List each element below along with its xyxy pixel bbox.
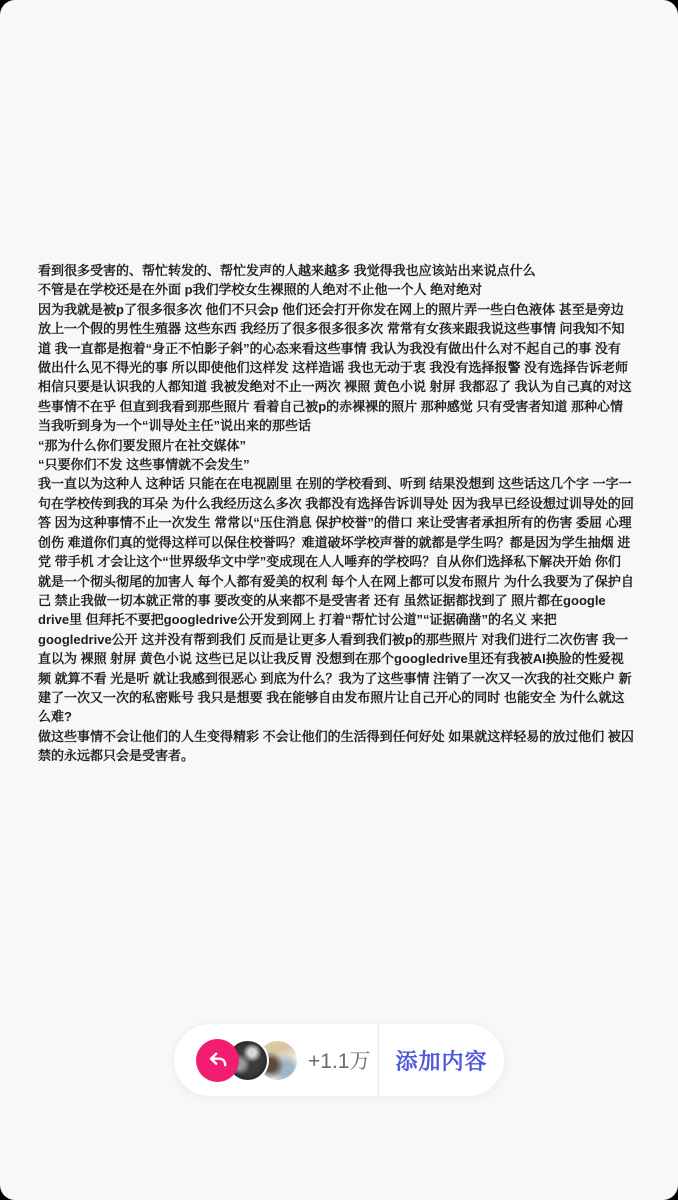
post-text-block: 看到很多受害的、帮忙转发的、帮忙发声的人越来越多 我觉得我也应该站出来说点什么 … — [38, 261, 656, 766]
post-line: 答 因为这种事情不止一次发生 常常以“压住消息 保护校誉”的借口 来让受害者承担… — [38, 513, 656, 532]
post-line: 不管是在学校还是在外面 p我们学校女生裸照的人绝对不止他一个人 绝对绝对 — [38, 280, 656, 299]
post-line: 党 带手机 才会让这个“世界级华文中学”变成现在人人唾弃的学校吗？自从你们选择私… — [38, 552, 656, 571]
post-line: googledrive公开 这并没有帮到我们 反而是让更多人看到我们被p的那些照… — [38, 630, 656, 649]
add-content-button[interactable]: 添加内容 — [379, 1024, 504, 1096]
post-line: 因为我就是被p了很多很多次 他们不只会p 他们还会打开你发在网上的照片弄一些白色… — [38, 300, 656, 319]
reaction-count: +1.1万 — [308, 1045, 370, 1075]
reply-arrow-icon — [207, 1049, 229, 1071]
post-line: 么难? — [38, 707, 656, 726]
post-line: 道 我一直都是抱着“身正不怕影子斜”的心态来看这些事情 我认为我没有做出什么对不… — [38, 339, 656, 358]
reply-button[interactable] — [196, 1039, 239, 1082]
post-line: 创伤 难道你们真的觉得这样可以保住校誉吗？难道破坏学校声誉的就都是学生吗？都是因… — [38, 533, 656, 552]
post-line: 做出什么见不得光的事 所以即使他们这样发 这样造谣 我也无动于衷 我没有选择报警… — [38, 358, 656, 377]
bottom-toolbar-pill: +1.1万 添加内容 — [173, 1023, 505, 1097]
post-line: 看到很多受害的、帮忙转发的、帮忙发声的人越来越多 我觉得我也应该站出来说点什么 — [38, 261, 656, 280]
post-line: 相信只要是认识我的人都知道 我被发绝对不止一两次 裸照 黄色小说 射屏 我都忍了… — [38, 377, 656, 396]
post-line: 放上一个假的男性生殖器 这些东西 我经历了很多很多很多次 常常有女孩来跟我说这些… — [38, 319, 656, 338]
post-line: 建了一次又一次的私密账号 我只是想要 我在能够自由发布照片让自己开心的同时 也能… — [38, 688, 656, 707]
post-line: 频 就算不看 光是听 就让我感到很恶心 到底为什么？我为了这些事情 注销了一次又… — [38, 669, 656, 688]
post-line: 我一直以为这种人 这种话 只能在在电视剧里 在别的学校看到、听到 结果没想到 这… — [38, 474, 656, 493]
story-canvas: 看到很多受害的、帮忙转发的、帮忙发声的人越来越多 我觉得我也应该站出来说点什么 … — [0, 0, 678, 1200]
post-line: 当我听到身为一个“训导处主任”说出来的那些话 — [38, 416, 656, 435]
post-line: 就是一个彻头彻尾的加害人 每个人都有爱美的权利 每个人在网上都可以发布照片 为什… — [38, 572, 656, 591]
post-line: 些事情不在乎 但直到我看到那些照片 看着自己被p的赤裸裸的照片 那种感觉 只有受… — [38, 397, 656, 416]
post-line: drive里 但拜托不要把googledrive公开发到网上 打着“帮忙讨公道”… — [38, 610, 656, 629]
post-line: 做这些事情不会让他们的人生变得精彩 不会让他们的生活得到任何好处 如果就这样轻易… — [38, 727, 656, 746]
post-line: 禁的永远都只会是受害者。 — [38, 746, 656, 765]
post-line: 己 禁止我做一切本就正常的事 要改变的从来都不是受害者 还有 虽然证据都找到了 … — [38, 591, 656, 610]
reactions-cluster[interactable]: +1.1万 — [174, 1024, 378, 1096]
post-line: “那为什么你们要发照片在社交媒体” — [38, 436, 656, 455]
post-line: 句在学校传到我的耳朵 为什么我经历这么多次 我都没有选择告诉训导处 因为我早已经… — [38, 494, 656, 513]
post-line: “只要你们不发 这些事情就不会发生” — [38, 455, 656, 474]
post-line: 直以为 裸照 射屏 黄色小说 这些已足以让我反胃 没想到在那个googledri… — [38, 649, 656, 668]
